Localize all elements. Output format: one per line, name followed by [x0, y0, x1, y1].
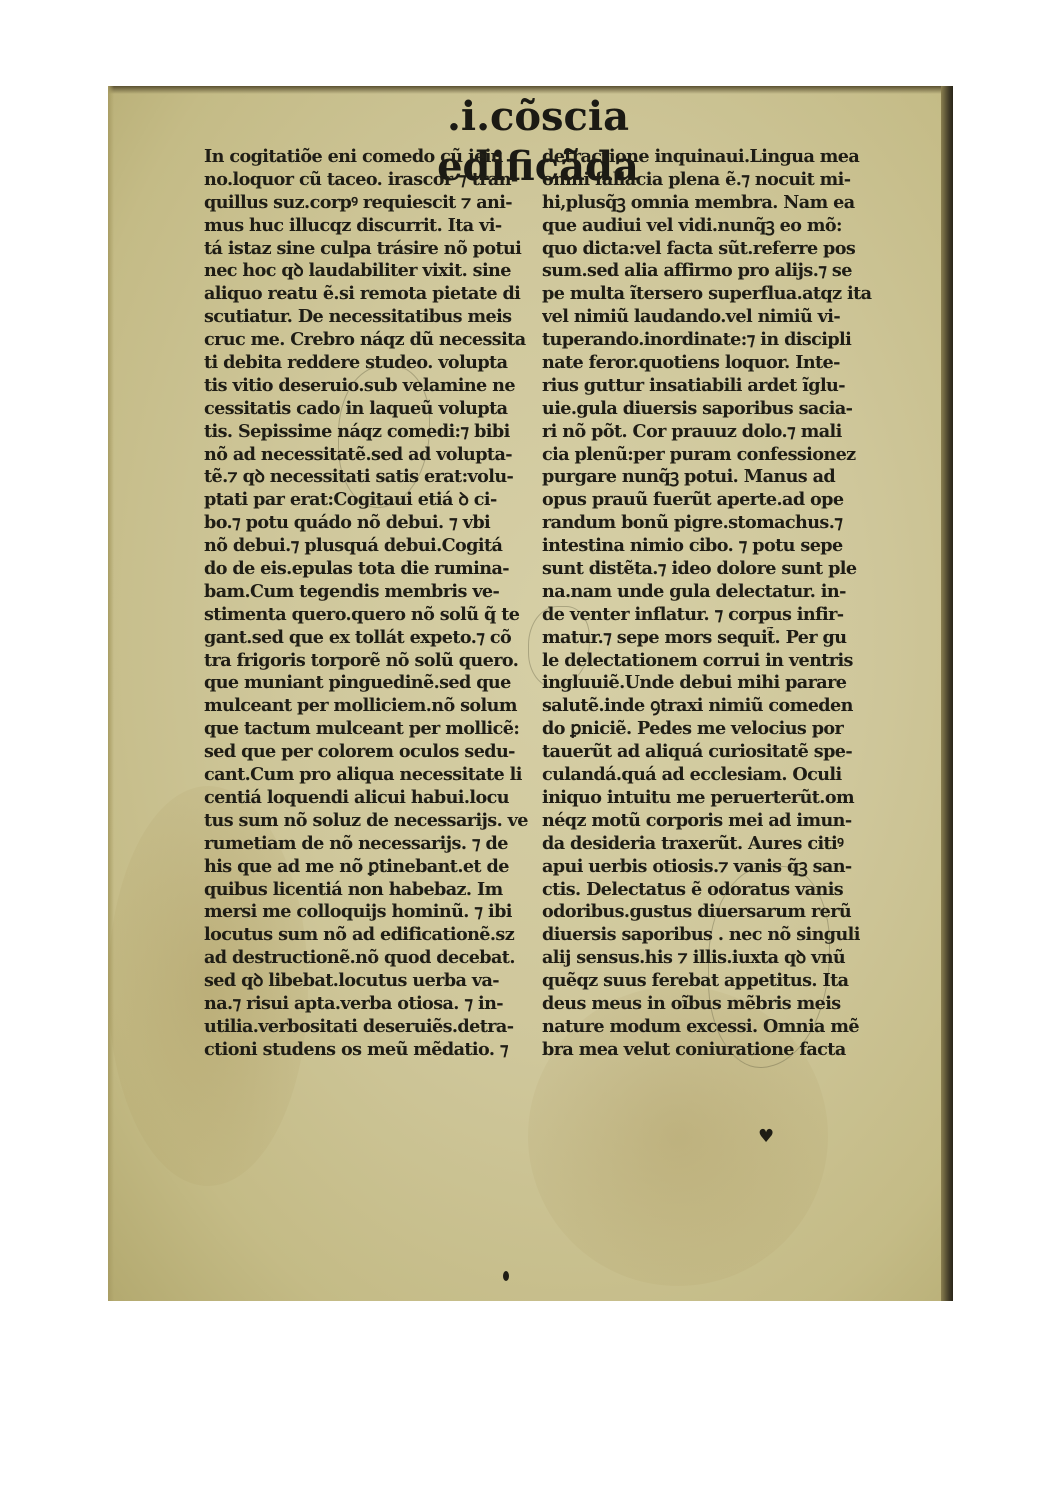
- text-line: aliquo reatu ẽ.si remota pietate di: [204, 283, 534, 306]
- text-line: nate feror.quotiens loquor. Inte-: [542, 352, 877, 375]
- text-line: salutẽ.inde ꝯtraxi nimiũ comeden: [542, 695, 877, 718]
- text-line: omni fallacia plena ẽ.⁊ nocuit mi-: [542, 169, 877, 192]
- text-line: deus meus in oĩbus mẽbris meis: [542, 993, 877, 1016]
- text-line: le delectationem corrui in ventris: [542, 650, 877, 673]
- text-line: detractione inquinaui.Lingua mea: [542, 146, 877, 169]
- text-line: stimenta quero.quero nõ solũ q̃ te: [204, 604, 534, 627]
- text-line: pe multa ĩtersero superflua.atqz ita: [542, 283, 877, 306]
- text-line: matur.⁊ sepe mors sequit̃. Per gu: [542, 627, 877, 650]
- text-line: mus huc illucqz discurrit. Ita vi-: [204, 215, 534, 238]
- text-line: sed que per colorem oculos sedu-: [204, 741, 534, 764]
- text-column-left: In cogitatiõe eni comedo cũ ieiu no.loqu…: [204, 146, 534, 1062]
- text-line: na.nam unde gula delectatur. in-: [542, 581, 877, 604]
- text-line: hi,plusq̃ꝫ omnia membra. Nam ea: [542, 192, 877, 215]
- text-line: no.loquor cũ taceo. irascor ⁊ tran-: [204, 169, 534, 192]
- text-line: locutus sum nõ ad edificationẽ.sz: [204, 924, 534, 947]
- text-line: sunt distẽta.⁊ ideo dolore sunt ple: [542, 558, 877, 581]
- text-line: bam.Cum tegendis membris ve-: [204, 581, 534, 604]
- text-line: sum.sed alia affirmo pro alijs.⁊ se: [542, 260, 877, 283]
- text-column-right: detractione inquinaui.Lingua mea omni fa…: [542, 146, 877, 1062]
- text-line: mersi me colloquijs hominũ. ⁊ ibi: [204, 901, 534, 924]
- text-line: que audiui vel vidi.nunq̃ꝫ eo mõ:: [542, 215, 877, 238]
- text-line: tauerũt ad aliquá curiositatẽ spe-: [542, 741, 877, 764]
- text-line: nec hoc qꝺ laudabiliter vixit. sine: [204, 260, 534, 283]
- text-line: his que ad me nõ ꝑtinebant.et de: [204, 856, 534, 879]
- text-line: que tactum mulceant per mollicẽ:: [204, 718, 534, 741]
- text-line: alij sensus.his ⁊ illis.iuxta qꝺ vnũ: [542, 947, 877, 970]
- text-line: bra mea velut coniuratione facta: [542, 1039, 877, 1062]
- text-line: sed qꝺ libebat.locutus uerba va-: [204, 970, 534, 993]
- ink-dot: [503, 1271, 509, 1281]
- signature-mark-icon: ♥: [758, 1126, 774, 1147]
- text-line: nõ ad necessitatẽ.sed ad volupta-: [204, 444, 534, 467]
- text-line: ptati par erat:Cogitaui etiá ꝺ ci-: [204, 489, 534, 512]
- text-line: tra frigoris torporẽ nõ solũ quero.: [204, 650, 534, 673]
- text-line: gant.sed que ex tollát expeto.⁊ cõ: [204, 627, 534, 650]
- text-line: nõ debui.⁊ plusquá debui.Cogitá: [204, 535, 534, 558]
- text-line: scutiatur. De necessitatibus meis: [204, 306, 534, 329]
- text-line: cruc me. Crebro náqz dũ necessita: [204, 329, 534, 352]
- text-line: ad destructionẽ.nõ quod decebat.: [204, 947, 534, 970]
- text-line: ti debita reddere studeo. volupta: [204, 352, 534, 375]
- text-line: de venter inflatur. ⁊ corpus infir-: [542, 604, 877, 627]
- text-line: quẽqz suus ferebat appetitus. Ita: [542, 970, 877, 993]
- text-line: ri nõ põt. Cor prauuz dolo.⁊ mali: [542, 421, 877, 444]
- text-line: quillus suz.corpꝰ requiescit ⁊ ani-: [204, 192, 534, 215]
- text-line: na.⁊ risui apta.verba otiosa. ⁊ in-: [204, 993, 534, 1016]
- text-line: iniquo intuitu me peruerterũt.om: [542, 787, 877, 810]
- text-line: do ꝑniciẽ. Pedes me velocius por: [542, 718, 877, 741]
- text-line: utilia.verbositati deseruiẽs.detra-: [204, 1016, 534, 1039]
- text-line: cia plenũ:per puram confessionez: [542, 444, 877, 467]
- text-line: do de eis.epulas tota die rumina-: [204, 558, 534, 581]
- text-line: diuersis saporibus . nec nõ singuli: [542, 924, 877, 947]
- text-line: uie.gula diuersis saporibus sacia-: [542, 398, 877, 421]
- text-line: tus sum nõ soluz de necessarijs. ve: [204, 810, 534, 833]
- page-right-edge-shadow: [941, 86, 953, 1301]
- text-line: da desideria traxerũt. Aures citiꝰ: [542, 833, 877, 856]
- text-line: tá istaz sine culpa trásire nõ potui: [204, 238, 534, 261]
- text-line: odoribus.gustus diuersarum rerũ: [542, 901, 877, 924]
- text-line: rius guttur insatiabili ardet ĩglu-: [542, 375, 877, 398]
- text-line: rumetiam de nõ necessarijs. ⁊ de: [204, 833, 534, 856]
- text-line: mulceant per molliciem.nõ solum: [204, 695, 534, 718]
- text-line: cessitatis cado in laqueũ volupta: [204, 398, 534, 421]
- text-line: bo.⁊ potu quádo nõ debui. ⁊ vbi: [204, 512, 534, 535]
- text-line: cant.Cum pro aliqua necessitate li: [204, 764, 534, 787]
- manuscript-page: .i.cõscia edificãda In cogitatiõe eni co…: [108, 86, 953, 1301]
- text-line: quo dicta:vel facta sũt.referre pos: [542, 238, 877, 261]
- text-line: intestina nimio cibo. ⁊ potu sepe: [542, 535, 877, 558]
- text-line: que muniant pinguedinẽ.sed que: [204, 672, 534, 695]
- text-line: randum bonũ pigre.stomachus.⁊: [542, 512, 877, 535]
- text-line: ctis. Delectatus ẽ odoratus vanis: [542, 879, 877, 902]
- text-line: tuperando.inordinate:⁊ in discipli: [542, 329, 877, 352]
- text-line: ingluuiẽ.Unde debui mihi parare: [542, 672, 877, 695]
- text-line: tis. Sepissime náqz comedi:⁊ bibi: [204, 421, 534, 444]
- text-line: ctioni studens os meũ mẽdatio. ⁊: [204, 1039, 534, 1062]
- text-line: tis vitio deseruio.sub velamine ne: [204, 375, 534, 398]
- text-line: opus prauũ fuerũt aperte.ad ope: [542, 489, 877, 512]
- text-line: quibus licentiá non habebaz. Im: [204, 879, 534, 902]
- text-line: apui uerbis otiosis.⁊ vanis q̃ꝫ san-: [542, 856, 877, 879]
- text-line: culandá.quá ad ecclesiam. Oculi: [542, 764, 877, 787]
- text-line: nature modum excessi. Omnia mẽ: [542, 1016, 877, 1039]
- text-line: tẽ.⁊ qꝺ necessitati satis erat:volu-: [204, 466, 534, 489]
- text-line: purgare nunq̃ꝫ potui. Manus ad: [542, 466, 877, 489]
- text-line: centiá loquendi alicui habui.locu: [204, 787, 534, 810]
- page-left-edge: [108, 86, 114, 1301]
- text-line: néqz motũ corporis mei ad imun-: [542, 810, 877, 833]
- text-line: In cogitatiõe eni comedo cũ ieiu: [204, 146, 534, 169]
- text-line: vel nimiũ laudando.vel nimiũ vi-: [542, 306, 877, 329]
